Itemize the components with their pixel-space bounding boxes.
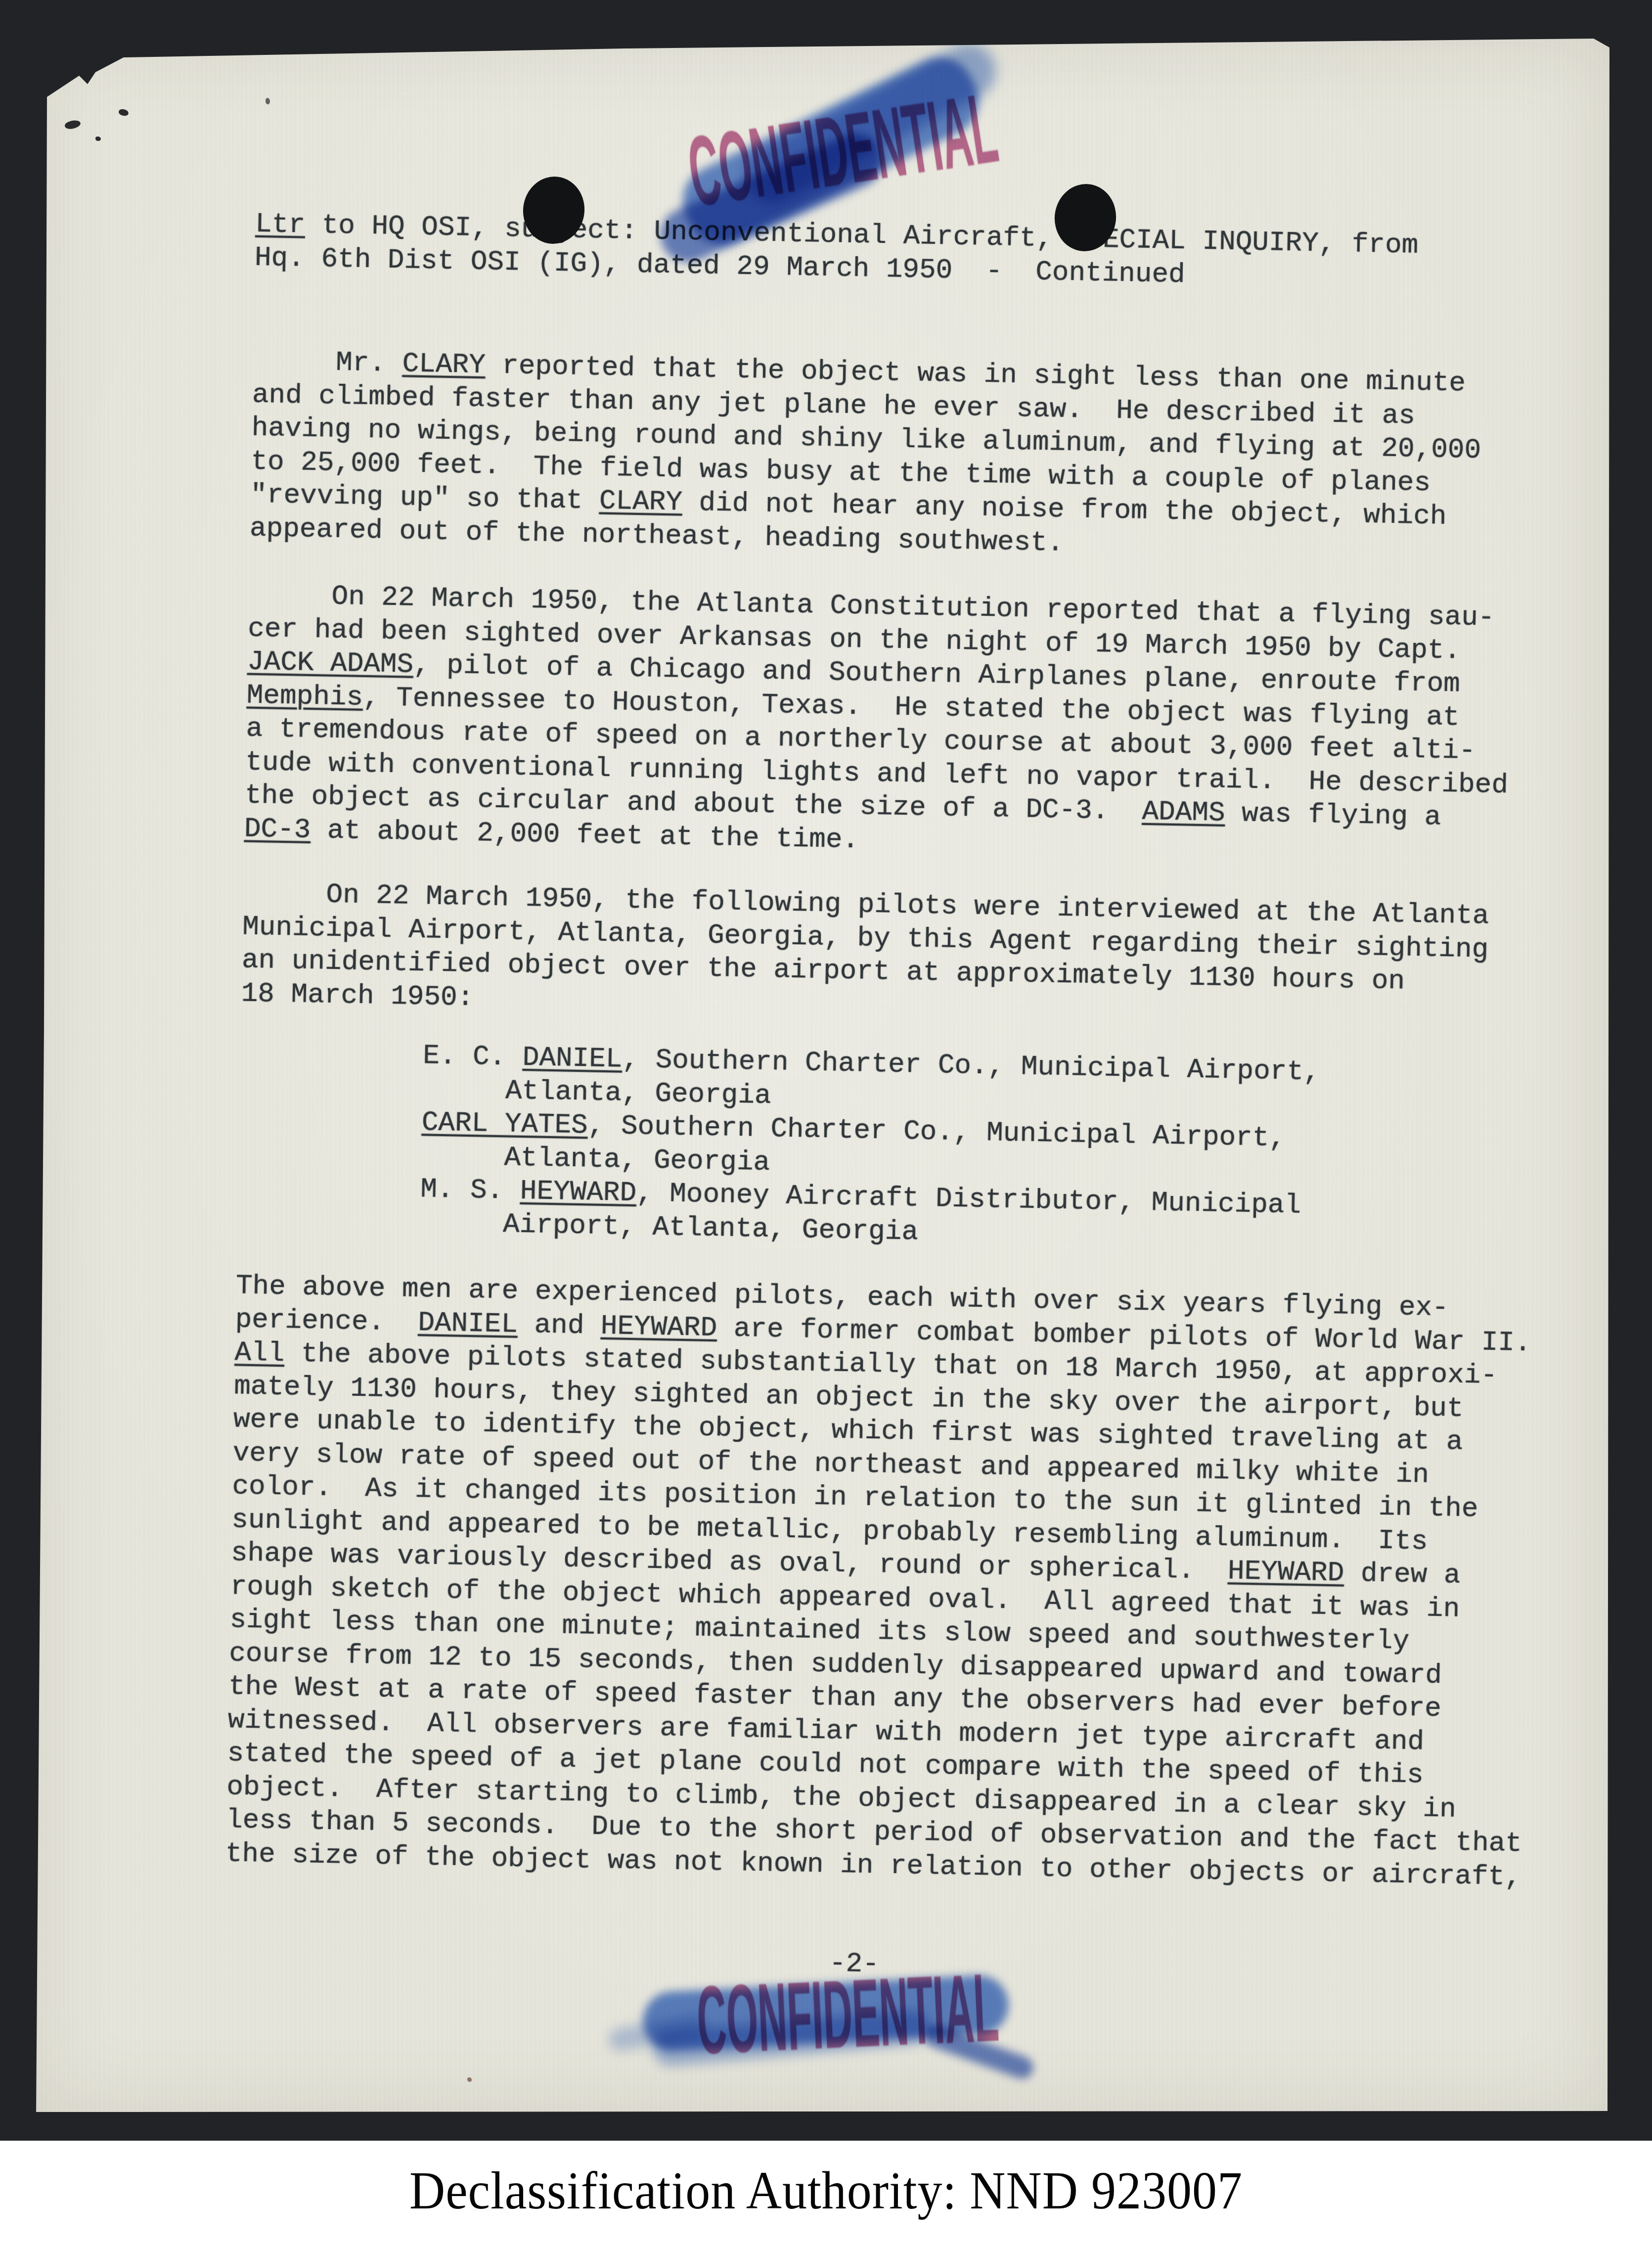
- ink-speck: [467, 2077, 472, 2082]
- typed-block-para1: Mr. CLARY reported that the object was i…: [249, 345, 1482, 568]
- typed-block-para3: On 22 March 1950, the following pilots w…: [241, 877, 1489, 1033]
- document-page: Ltr to HQ OSI, subject: Unconventional A…: [32, 39, 1609, 2112]
- scanned-document-background: Ltr to HQ OSI, subject: Unconventional A…: [0, 0, 1652, 2248]
- typed-text-layer: Ltr to HQ OSI, subject: Unconventional A…: [13, 24, 1628, 2126]
- typed-block-witness-list: E. C. DANIEL, Southern Charter Co., Muni…: [237, 1036, 1320, 1256]
- ink-speck: [95, 137, 101, 141]
- declassification-text: Declassification Authority: NND 923007: [409, 2160, 1243, 2229]
- typed-block-header: Ltr to HQ OSI, subject: Unconventional A…: [254, 208, 1418, 296]
- declassification-banner: Declassification Authority: NND 923007: [0, 2141, 1652, 2248]
- ink-speck: [266, 98, 270, 104]
- typed-block-para2: On 22 March 1950, the Atlanta Constituti…: [244, 579, 1511, 869]
- typed-block-para4: The above men are experienced pilots, ea…: [225, 1269, 1532, 1894]
